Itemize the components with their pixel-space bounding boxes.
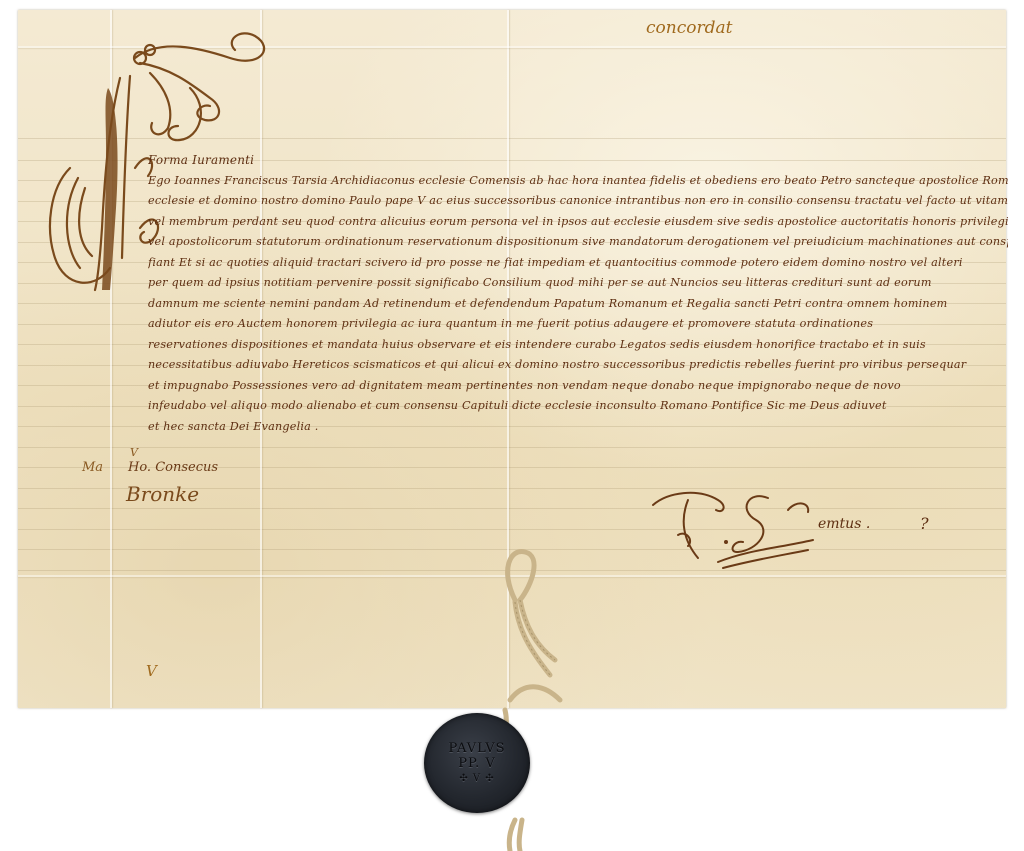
subscription-name: emtus .	[818, 516, 870, 532]
text-line: infeudabo vel aliquo modo alienabo et cu…	[148, 396, 1008, 417]
papal-lead-seal: PAVLVS PP. V ✣ V ✣	[424, 713, 530, 813]
seal-inscription-line: ✣ V ✣	[459, 771, 494, 786]
flourished-initials-icon	[638, 480, 818, 570]
text-line: adiutor eis ero Auctem honorem privilegi…	[148, 314, 1008, 335]
registration-note: Ho. Consecus	[128, 460, 218, 475]
oath-text-block: Forma Iuramenti Ego Ioannes Franciscus T…	[148, 150, 1008, 437]
text-line: necessitatibus adiuvabo Hereticos scisma…	[148, 355, 1008, 376]
text-line: reservationes dispositiones et mandata h…	[148, 335, 1008, 356]
text-line: per quem ad ipsius notitiam pervenire po…	[148, 273, 1008, 294]
oath-heading: Forma Iuramenti	[148, 150, 1008, 171]
text-line: Ego Ioannes Franciscus Tarsia Archidiaco…	[148, 171, 1008, 192]
text-line: vel membrum perdant seu quod contra alic…	[148, 212, 1008, 233]
text-line: et hec sancta Dei Evangelia .	[148, 417, 1008, 438]
bottom-mark: V	[146, 662, 157, 680]
seal-inscription-line: PP. V	[458, 756, 496, 771]
subscription-signature: emtus . ?	[638, 480, 958, 570]
registrar-signature: Bronke	[126, 482, 199, 506]
top-annotation: concordat	[646, 18, 732, 38]
ruling-line	[18, 447, 1006, 448]
seal-inscription-line: PAVLVS	[448, 741, 505, 756]
text-line: vel apostolicorum statutorum ordinationu…	[148, 232, 1008, 253]
margin-note-ma: Ma	[82, 460, 103, 475]
text-line: fiant Et si ac quoties aliquid tractari …	[148, 253, 1008, 274]
text-line: ecclesie et domino nostro domino Paulo p…	[148, 191, 1008, 212]
text-line: et impugnabo Possessiones vero ad dignit…	[148, 376, 1008, 397]
subscription-mark: ?	[920, 514, 929, 533]
margin-note-v: V	[130, 446, 138, 459]
text-line: damnum me sciente nemini pandam Ad retin…	[148, 294, 1008, 315]
